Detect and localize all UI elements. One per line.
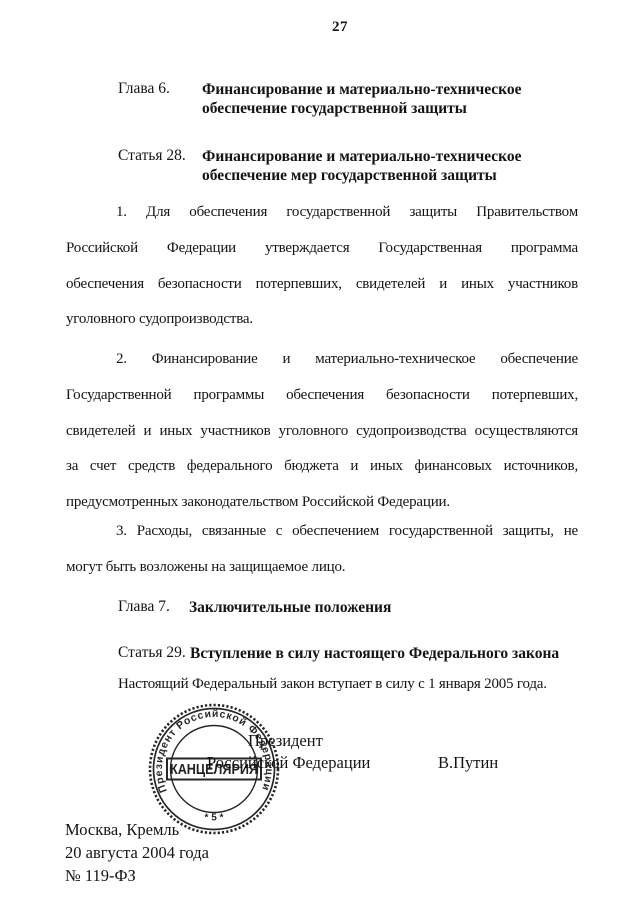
text-line: Государственной программы обеспечения бе… [66,385,578,421]
footer-law-number: № 119-ФЗ [65,864,209,887]
article-title-line: Вступление в силу настоящего Федеральног… [190,644,588,663]
text-line: 1. Для обеспечения государственной защит… [66,202,578,238]
chapter-label: Глава 7. [118,598,170,616]
signature-name: В.Путин [438,753,498,773]
article-title-line: обеспечение мер государственной защиты [202,166,588,185]
document-page: { "page": { "number": "27" }, "chapter6"… [0,0,640,905]
text-line: уголовного судопроизводства. [66,309,578,345]
text-line: Российской Федерации утверждается Госуда… [66,238,578,274]
footer-place: Москва, Кремль [65,818,209,841]
heading-chapter6: Глава 6. Финансирование и материально-те… [118,80,588,118]
chapter-title-line: Финансирование и материально-техническое [202,80,588,99]
article-label: Статья 28. [118,147,186,165]
text-line: могут быть возложены на защищаемое лицо. [66,557,578,593]
entry-into-force-line: Настоящий Федеральный закон вступает в с… [118,676,588,693]
text-line: 3. Расходы, связанные с обеспечением гос… [66,521,578,557]
footer-date: 20 августа 2004 года [65,841,209,864]
text-line: за счет средств федерального бюджета и и… [66,456,578,492]
article-label: Статья 29. [118,644,186,662]
chapter-title-line: Заключительные положения [189,598,588,617]
article-title-line: Финансирование и материально-техническое [202,147,588,166]
footer-block: Москва, Кремль 20 августа 2004 года № 11… [65,818,209,887]
chancellery-stamp-seal: Президент Российской Федерации КАНЦЕЛЯРИ… [146,701,282,837]
paragraph-3: 3. Расходы, связанные с обеспечением гос… [66,521,578,593]
paragraph-1: 1. Для обеспечения государственной защит… [66,202,578,345]
page-number: 27 [40,19,640,36]
chapter-label: Глава 6. [118,80,170,98]
paragraph-2: 2. Финансирование и материально-техничес… [66,349,578,528]
stamp-center-text: КАНЦЕЛЯРИЯ [170,761,258,778]
text-line: свидетелей и иных участников уголовного … [66,421,578,457]
chapter-title-line: обеспечение государственной защиты [202,99,588,118]
text-line: 2. Финансирование и материально-техничес… [66,349,578,385]
heading-article29: Статья 29. Вступление в силу настоящего … [118,644,588,663]
heading-chapter7: Глава 7. Заключительные положения [118,598,588,617]
text-line: обеспечения безопасности потерпевших, св… [66,274,578,310]
heading-article28: Статья 28. Финансирование и материально-… [118,147,588,185]
